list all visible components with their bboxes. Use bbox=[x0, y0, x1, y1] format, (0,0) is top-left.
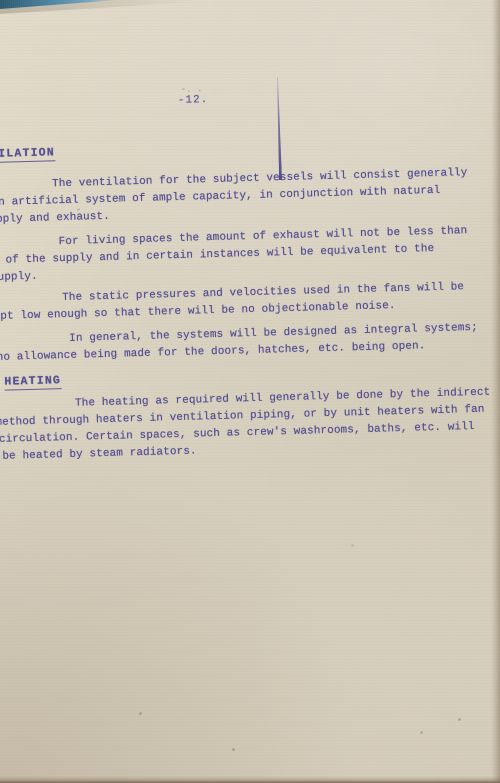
ink-streak-mark bbox=[276, 77, 282, 180]
typewritten-text-layer: -. . -12. ILATION The ventilation for th… bbox=[0, 0, 500, 783]
heading-ventilation: ILATION bbox=[0, 146, 55, 163]
text-line: be heated by steam radiators. bbox=[2, 446, 197, 464]
scanned-document-photo: { "document": { "page_number_smudge": "-… bbox=[0, 0, 500, 783]
paper-specks bbox=[0, 0, 1, 1]
text-line: upply. bbox=[0, 271, 38, 285]
text-line: The static pressures and velocities used… bbox=[62, 281, 464, 305]
text-line: no allowance being made for the doors, h… bbox=[0, 340, 426, 365]
page-number: -12. bbox=[178, 94, 209, 108]
text-line: ept low enough so that there will be no … bbox=[0, 300, 396, 324]
heading-heating: HEATING bbox=[4, 374, 61, 391]
text-line: pply and exhaust. bbox=[0, 211, 110, 227]
